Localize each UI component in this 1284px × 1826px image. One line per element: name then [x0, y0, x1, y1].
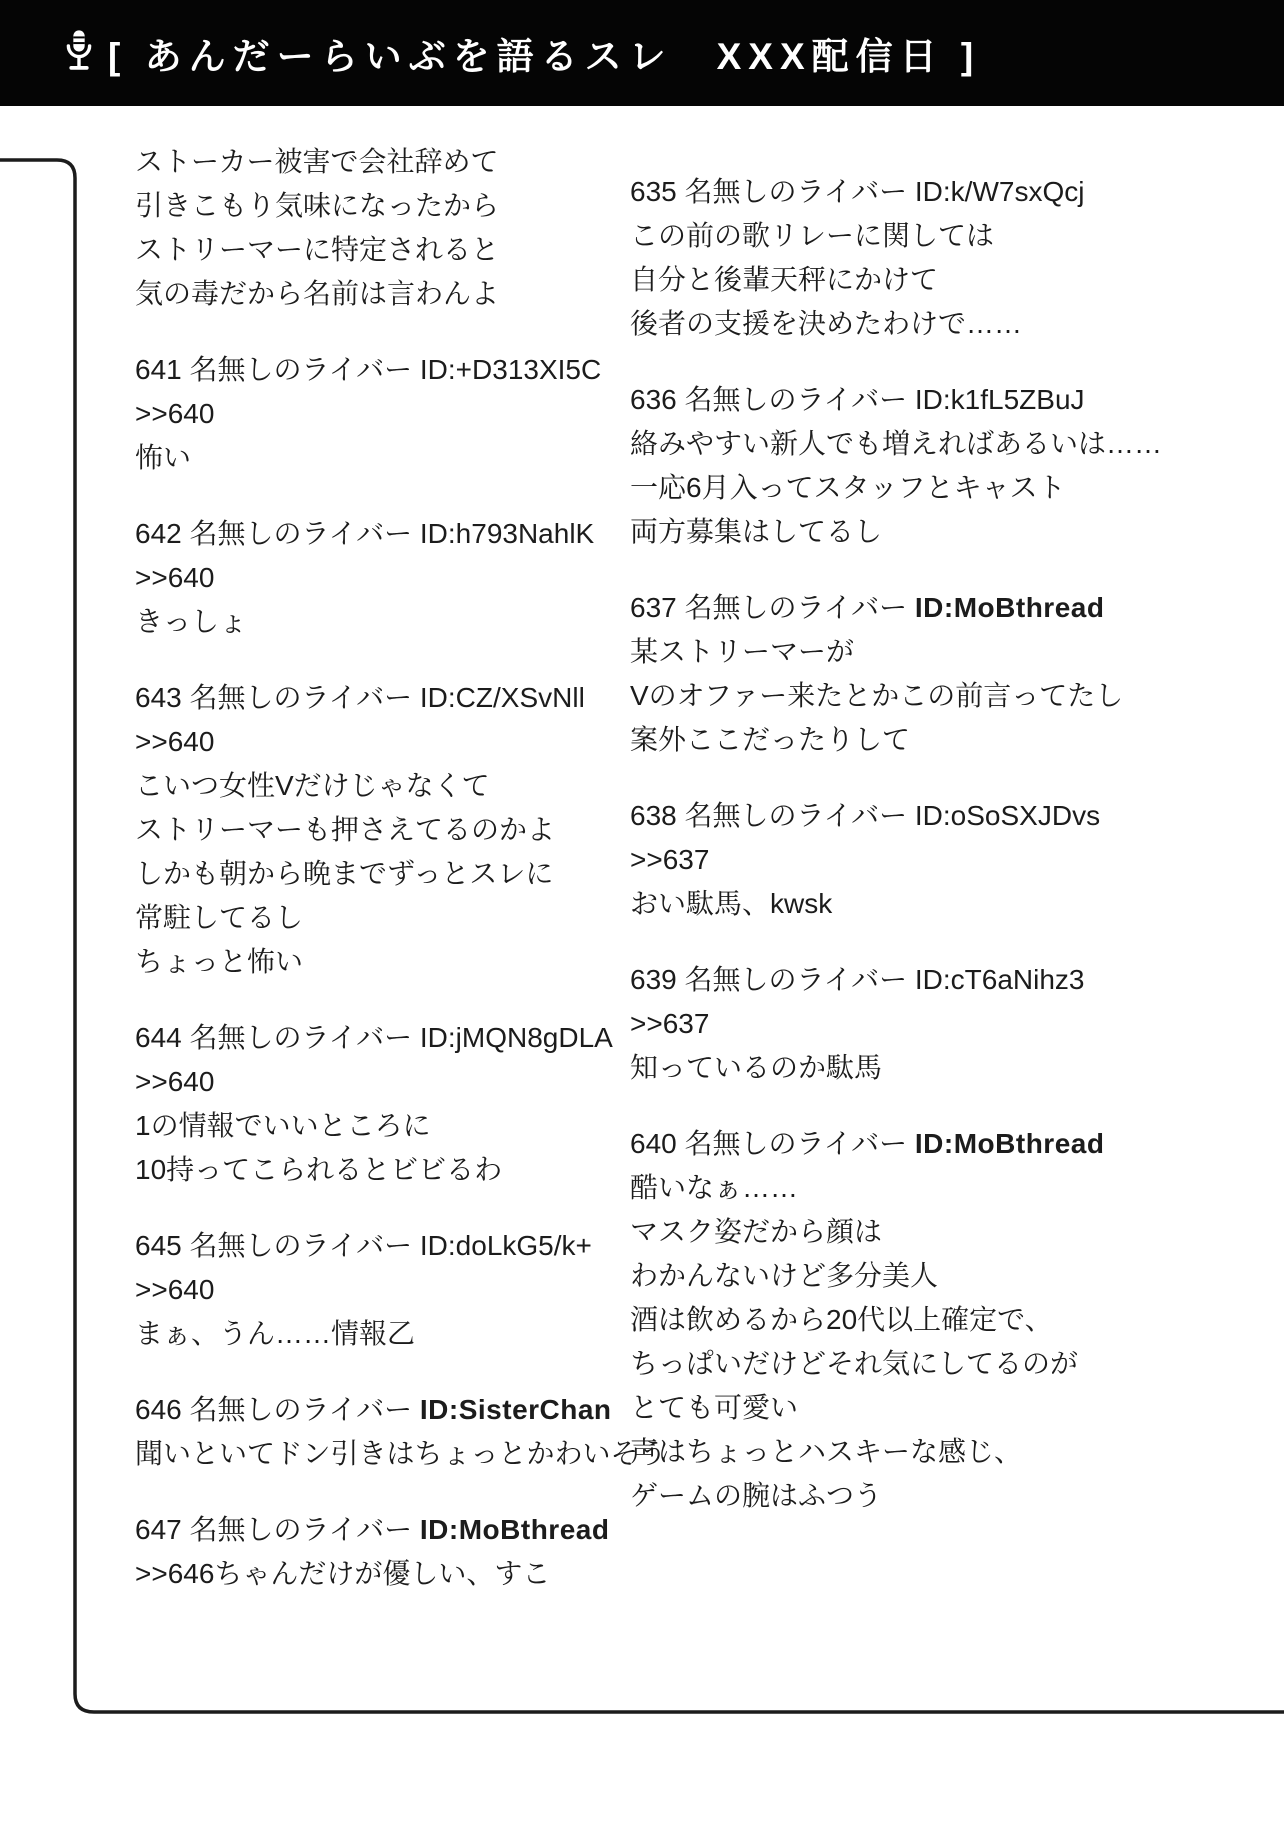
post-number: 644 — [135, 1022, 182, 1053]
post-id: ID:MoBthread — [420, 1514, 610, 1545]
post-header: 635 名無しのライバー ID:k/W7sxQcj — [630, 170, 1210, 214]
post-id: ID:cT6aNihz3 — [915, 964, 1085, 995]
thread-title-bar: [ あんだーらいぶを語るスレ XXX配信日 ] — [0, 0, 1284, 106]
thread-column-right: 635 名無しのライバー ID:k/W7sxQcjこの前の歌リレーに関しては自分… — [630, 170, 1210, 1550]
post-line: この前の歌リレーに関しては — [630, 214, 1210, 258]
post-line: 某ストリーマーが — [630, 630, 1210, 674]
post-header: 640 名無しのライバー ID:MoBthread — [630, 1122, 1210, 1166]
post-author: 名無しのライバー — [685, 592, 908, 623]
post: ストーカー被害で会社辞めて引きこもり気味になったからストリーマーに特定されると気… — [135, 140, 715, 316]
post-number: 635 — [630, 176, 677, 207]
post: 642 名無しのライバー ID:h793NahlK>>640きっしょ — [135, 512, 715, 644]
post-line: >>637 — [630, 838, 1210, 882]
post-line: >>646ちゃんだけが優しい、すこ — [135, 1552, 715, 1596]
post-line: 声はちょっとハスキーな感じ、 — [630, 1430, 1210, 1474]
post-line: 案外ここだったりして — [630, 718, 1210, 762]
post-header: 647 名無しのライバー ID:MoBthread — [135, 1508, 715, 1552]
post-id: ID:+D313XI5C — [420, 354, 601, 385]
post-header: 644 名無しのライバー ID:jMQN8gDLA — [135, 1016, 715, 1060]
thread-title: [ あんだーらいぶを語るスレ XXX配信日 ] — [108, 26, 980, 80]
post-line: まぁ、うん……情報乙 — [135, 1312, 715, 1356]
post: 644 名無しのライバー ID:jMQN8gDLA>>6401の情報でいいところ… — [135, 1016, 715, 1192]
post-author: 名無しのライバー — [190, 1022, 413, 1053]
post-header: 636 名無しのライバー ID:k1fL5ZBuJ — [630, 378, 1210, 422]
post-header: 642 名無しのライバー ID:h793NahlK — [135, 512, 715, 556]
post-number: 647 — [135, 1514, 182, 1545]
post: 647 名無しのライバー ID:MoBthread>>646ちゃんだけが優しい、… — [135, 1508, 715, 1596]
post-number: 639 — [630, 964, 677, 995]
post-id: ID:oSoSXJDvs — [915, 800, 1100, 831]
post-line: 自分と後輩天秤にかけて — [630, 258, 1210, 302]
post-id: ID:CZ/XSvNll — [420, 682, 585, 713]
post-line: とても可愛い — [630, 1386, 1210, 1430]
post-header: 643 名無しのライバー ID:CZ/XSvNll — [135, 676, 715, 720]
post-line: マスク姿だから顔は — [630, 1210, 1210, 1254]
post-id: ID:MoBthread — [915, 592, 1105, 623]
post-number: 637 — [630, 592, 677, 623]
post-header: 641 名無しのライバー ID:+D313XI5C — [135, 348, 715, 392]
post-line: >>640 — [135, 392, 715, 436]
post-line: 常駐してるし — [135, 896, 715, 940]
post-line: こいつ女性Vだけじゃなくて — [135, 764, 715, 808]
post-line: >>640 — [135, 1060, 715, 1104]
post-id: ID:SisterChan — [420, 1394, 612, 1425]
post-line: 引きこもり気味になったから — [135, 184, 715, 228]
microphone-icon — [62, 27, 96, 79]
post: 643 名無しのライバー ID:CZ/XSvNll>>640こいつ女性Vだけじゃ… — [135, 676, 715, 984]
post-number: 641 — [135, 354, 182, 385]
post-id: ID:k1fL5ZBuJ — [915, 384, 1085, 415]
post-line: 酷いなぁ…… — [630, 1166, 1210, 1210]
post-author: 名無しのライバー — [190, 682, 413, 713]
post-line: 後者の支援を決めたわけで…… — [630, 302, 1210, 346]
post-author: 名無しのライバー — [685, 384, 908, 415]
post-line: Vのオファー来たとかこの前言ってたし — [630, 674, 1210, 718]
post-line: 1の情報でいいところに — [135, 1104, 715, 1148]
post-header: 637 名無しのライバー ID:MoBthread — [630, 586, 1210, 630]
post-line: 絡みやすい新人でも増えればあるいは…… — [630, 422, 1210, 466]
post-line: おい駄馬、kwsk — [630, 882, 1210, 926]
post-id: ID:doLkG5/k+ — [420, 1230, 592, 1261]
post-line: 怖い — [135, 436, 715, 480]
post-number: 643 — [135, 682, 182, 713]
post-id: ID:k/W7sxQcj — [915, 176, 1085, 207]
post-line: 一応6月入ってスタッフとキャスト — [630, 466, 1210, 510]
post-line: 気の毒だから名前は言わんよ — [135, 272, 715, 316]
post-line: きっしょ — [135, 600, 715, 644]
post: 638 名無しのライバー ID:oSoSXJDvs>>637おい駄馬、kwsk — [630, 794, 1210, 926]
post: 646 名無しのライバー ID:SisterChan聞いといてドン引きはちょっと… — [135, 1388, 715, 1476]
post: 637 名無しのライバー ID:MoBthread某ストリーマーがVのオファー来… — [630, 586, 1210, 762]
post-id: ID:h793NahlK — [420, 518, 594, 549]
post-line: 両方募集はしてるし — [630, 510, 1210, 554]
post-author: 名無しのライバー — [190, 1394, 413, 1425]
post-line: しかも朝から晩までずっとスレに — [135, 852, 715, 896]
post-line: >>637 — [630, 1002, 1210, 1046]
post-author: 名無しのライバー — [190, 1514, 413, 1545]
post-header: 646 名無しのライバー ID:SisterChan — [135, 1388, 715, 1432]
post: 636 名無しのライバー ID:k1fL5ZBuJ絡みやすい新人でも増えればある… — [630, 378, 1210, 554]
post-line: ストリーマーに特定されると — [135, 228, 715, 272]
post-line: 聞いといてドン引きはちょっとかわいそう — [135, 1432, 715, 1476]
post-author: 名無しのライバー — [685, 176, 908, 207]
post-id: ID:MoBthread — [915, 1128, 1105, 1159]
post-number: 642 — [135, 518, 182, 549]
thread-column-left: ストーカー被害で会社辞めて引きこもり気味になったからストリーマーに特定されると気… — [135, 140, 715, 1628]
post-author: 名無しのライバー — [685, 964, 908, 995]
post-author: 名無しのライバー — [190, 354, 413, 385]
post-header: 639 名無しのライバー ID:cT6aNihz3 — [630, 958, 1210, 1002]
post-line: 酒は飲めるから20代以上確定で、 — [630, 1298, 1210, 1342]
post: 635 名無しのライバー ID:k/W7sxQcjこの前の歌リレーに関しては自分… — [630, 170, 1210, 346]
post-number: 638 — [630, 800, 677, 831]
post-header: 638 名無しのライバー ID:oSoSXJDvs — [630, 794, 1210, 838]
post: 639 名無しのライバー ID:cT6aNihz3>>637知っているのか駄馬 — [630, 958, 1210, 1090]
post-author: 名無しのライバー — [685, 800, 908, 831]
post-line: ゲームの腕はふつう — [630, 1474, 1210, 1518]
post-line: >>640 — [135, 556, 715, 600]
post-number: 636 — [630, 384, 677, 415]
post-line: 知っているのか駄馬 — [630, 1046, 1210, 1090]
post-line: ストーカー被害で会社辞めて — [135, 140, 715, 184]
post-line: ストリーマーも押さえてるのかよ — [135, 808, 715, 852]
post-author: 名無しのライバー — [190, 518, 413, 549]
post: 640 名無しのライバー ID:MoBthread酷いなぁ……マスク姿だから顔は… — [630, 1122, 1210, 1518]
post-line: 10持ってこられるとビビるわ — [135, 1148, 715, 1192]
post-author: 名無しのライバー — [190, 1230, 413, 1261]
post-author: 名無しのライバー — [685, 1128, 908, 1159]
post-line: ちっぱいだけどそれ気にしてるのが — [630, 1342, 1210, 1386]
post-line: わかんないけど多分美人 — [630, 1254, 1210, 1298]
post-line: ちょっと怖い — [135, 940, 715, 984]
page: { "colors": { "page_bg": "#ffffff", "hea… — [0, 0, 1284, 1826]
post-header: 645 名無しのライバー ID:doLkG5/k+ — [135, 1224, 715, 1268]
post-id: ID:jMQN8gDLA — [420, 1022, 613, 1053]
post: 641 名無しのライバー ID:+D313XI5C>>640怖い — [135, 348, 715, 480]
post: 645 名無しのライバー ID:doLkG5/k+>>640まぁ、うん……情報乙 — [135, 1224, 715, 1356]
post-number: 646 — [135, 1394, 182, 1425]
post-number: 645 — [135, 1230, 182, 1261]
post-line: >>640 — [135, 720, 715, 764]
post-number: 640 — [630, 1128, 677, 1159]
post-line: >>640 — [135, 1268, 715, 1312]
